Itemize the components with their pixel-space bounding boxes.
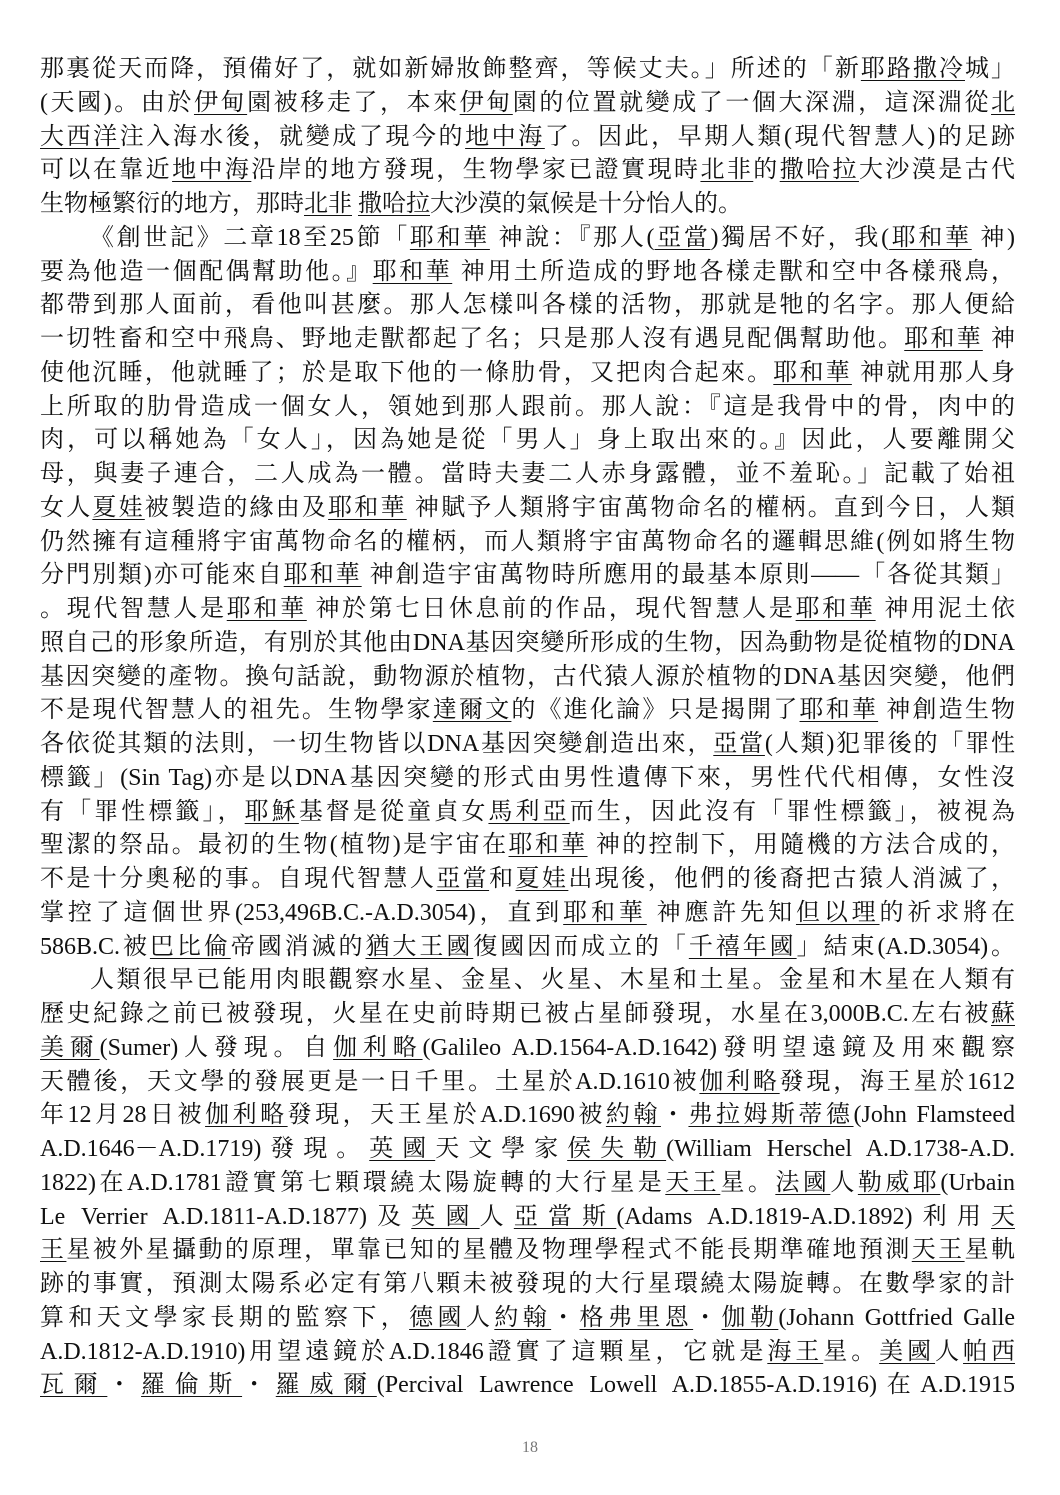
underlined-term: 耶和華	[284, 562, 362, 588]
underlined-term: 約翰	[494, 1305, 551, 1331]
underlined-term: 北非	[304, 191, 352, 217]
underlined-term: 瓦爾	[40, 1372, 107, 1398]
text-segment: 女人	[40, 495, 92, 521]
text-segment: 神)	[972, 225, 1015, 251]
text-segment: 生物極繁衍的地方，那時	[40, 191, 304, 217]
text-line: 上所取的肋骨造成一個女人，領她到那人跟前。那人說：『這是我骨中的骨，肉中的	[40, 391, 1015, 425]
underlined-term: 地中海	[465, 124, 545, 150]
underlined-term: 撒哈拉	[780, 157, 859, 183]
underlined-term: 約翰	[606, 1102, 661, 1128]
text-segment: 神就用那人身	[852, 360, 1015, 386]
text-segment: 被製造的緣由及	[145, 495, 328, 521]
underlined-term: 地中海	[172, 157, 251, 183]
text-line: 586B.C.被巴比倫帝國消滅的猶大王國復國因而成立的「千禧年國」結束(A.D.…	[40, 931, 1015, 965]
text-line: 使他沉睡，他就睡了；於是取下他的一條肋骨，又把肉合起來。耶和華 神就用那人身	[40, 357, 1015, 391]
text-segment: 人	[466, 1305, 494, 1331]
text-segment: 標籤」(Sin Tag)亦是以DNA基因突變的形式由男性遺傳下來，男性代代相傳，…	[40, 765, 1015, 791]
text-segment: 星軌	[965, 1237, 1015, 1263]
text-segment: ・	[551, 1305, 579, 1331]
text-line: 瓦爾・羅倫斯・羅威爾(Percival Lawrence Lowell A.D.…	[40, 1369, 1015, 1403]
text-segment: 帝國消滅的	[231, 934, 366, 960]
text-segment: 的祈求將在	[880, 900, 1015, 926]
text-line: 年12月28日被伽利略發現，天王星於A.D.1690被約翰・弗拉姆斯蒂德(Joh…	[40, 1099, 1015, 1133]
underlined-term: 耶和華	[563, 900, 647, 926]
text-line: 照自己的形象所造，有別於其他由DNA基因突變所形成的生物，因為動物是從植物的DN…	[40, 627, 1015, 661]
text-segment: 神創造生物	[878, 697, 1015, 723]
text-line: 《創世記》二章18至25節「耶和華 神說：『那人(亞當)獨居不好，我(耶和華 神…	[40, 222, 1015, 256]
underlined-term: 天王	[912, 1237, 965, 1263]
text-segment: 神	[983, 326, 1015, 352]
document-page: 那裏從天而降，預備好了，就如新婦妝飾整齊，等候丈夫。」所述的「新耶路撒冷城」(天…	[0, 0, 1060, 1495]
text-segment: 了。因此，早期人類(現代智慧人)的足跡	[545, 124, 1015, 150]
text-segment: 算和天文學家長期的監察下，	[40, 1305, 409, 1331]
text-segment: 神說：『那人(	[490, 225, 655, 251]
underlined-term: 英國	[411, 1204, 479, 1230]
text-line: 算和天文學家長期的監察下，德國人約翰・格弗里恩・伽勒(Johann Gottfr…	[40, 1302, 1015, 1336]
underlined-term: 美爾	[40, 1035, 100, 1061]
underlined-term: 天王	[665, 1170, 720, 1196]
text-segment: 掌控了這個世界(253,496B.C.-A.D.3054)，直到	[40, 900, 563, 926]
text-segment: (Johann Gottfried Galle	[778, 1305, 1015, 1331]
text-line: 有「罪性標籤」，耶穌基督是從童貞女馬利亞而生，因此沒有「罪性標籤」，被視為	[40, 796, 1015, 830]
text-segment: (天國)。由於	[40, 90, 194, 116]
text-segment: (Adams A.D.1819-A.D.1892)利用	[616, 1204, 991, 1230]
text-line: 女人夏娃被製造的緣由及耶和華 神賦予人類將宇宙萬物命名的權柄。直到今日，人類	[40, 492, 1015, 526]
text-line: 跡的事實，預測太陽系必定有第八顆未被發現的大行星環繞太陽旋轉。在數學家的計	[40, 1268, 1015, 1302]
underlined-term: 耶和華	[800, 697, 879, 723]
text-segment: A.D.1646－A.D.1719)發現。	[40, 1136, 369, 1162]
text-segment: 天文學家	[435, 1136, 567, 1162]
text-segment: 和	[489, 866, 515, 892]
text-segment: 的《進化論》只是揭開了	[511, 697, 799, 723]
text-segment: 要為他造一個配偶幫助他。』	[40, 259, 373, 285]
underlined-term: 耶和華	[796, 596, 876, 622]
text-line: 大西洋注入海水後，就變成了現今的地中海了。因此，早期人類(現代智慧人)的足跡	[40, 121, 1015, 155]
text-segment: 都帶到那人面前，看他叫甚麼。那人怎樣叫各樣的活物，那就是牠的名字。那人便給	[40, 292, 1015, 318]
underlined-term: 耶和華	[889, 225, 972, 251]
text-line: Le Verrier A.D.1811-A.D.1877)及英國人亞當斯(Ada…	[40, 1201, 1015, 1235]
underlined-term: 亞當	[436, 866, 489, 892]
text-line: 不是十分奧秘的事。自現代智慧人亞當和夏娃出現後，他們的後裔把古猿人消滅了，	[40, 863, 1015, 897]
text-line: A.D.1812-A.D.1910)用望遠鏡於A.D.1846證實了這顆星，它就…	[40, 1336, 1015, 1370]
text-segment: (Galileo A.D.1564-A.D.1642)發明望遠鏡及用來觀察	[423, 1035, 1015, 1061]
underlined-term: 撒哈拉	[358, 191, 430, 217]
underlined-term: 耶和華	[227, 596, 307, 622]
text-segment: 一切牲畜和空中飛鳥、野地走獸都起了名；只是那人沒有遇見配偶幫助他。	[40, 326, 904, 352]
text-segment: 神應許先知	[647, 900, 796, 926]
underlined-term: 耶和華	[773, 360, 852, 386]
text-line: 一切牲畜和空中飛鳥、野地走獸都起了名；只是那人沒有遇見配偶幫助他。耶和華 神	[40, 323, 1015, 357]
text-segment: (John Flamsteed	[854, 1102, 1016, 1128]
underlined-term: 伽勒	[722, 1305, 779, 1331]
underlined-term: 耶穌	[245, 799, 299, 825]
underlined-term: 耶和華	[410, 225, 490, 251]
text-segment: 園的位置就變成了一個大深淵，這深淵從	[513, 90, 991, 116]
text-segment: 天體後，天文學的發展更是一日千里。土星於A.D.1610被	[40, 1069, 699, 1095]
text-segment: ・	[693, 1305, 721, 1331]
text-segment: ・	[661, 1102, 689, 1128]
text-line: 標籤」(Sin Tag)亦是以DNA基因突變的形式由男性遺傳下來，男性代代相傳，…	[40, 762, 1015, 796]
underlined-term: 弗拉姆斯蒂德	[688, 1102, 853, 1128]
underlined-term: 格弗里恩	[580, 1305, 694, 1331]
text-segment: 沿岸的地方發現，生物學家已證實現時	[251, 157, 700, 183]
text-segment: (Percival Lawrence Lowell A.D.1855-A.D.1…	[377, 1372, 1015, 1398]
underlined-term: 海王	[767, 1339, 823, 1365]
text-segment: 星。	[823, 1339, 879, 1365]
underlined-term: 夏娃	[92, 495, 144, 521]
underlined-term: 千禧年國	[689, 934, 797, 960]
text-segment: 人類很早已能用肉眼觀察水星、金星、火星、木星和土星。金星和木星在人類有	[90, 967, 1015, 993]
underlined-term: 亞當斯	[514, 1204, 617, 1230]
underlined-term: 北	[991, 90, 1015, 116]
text-segment: 照自己的形象所造，有別於其他由DNA基因突變所形成的生物，因為動物是從植物的DN…	[40, 630, 1015, 656]
text-segment: 有「罪性標籤」，	[40, 799, 245, 825]
text-segment: 大沙漠的氣候是十分怡人的。	[430, 191, 742, 217]
underlined-term: 伽利略	[699, 1069, 779, 1095]
text-segment: 而生，因此沒有「罪性標籤」，被視為	[570, 799, 1015, 825]
text-segment: 人	[830, 1170, 858, 1196]
text-segment: 基督是從童貞女	[299, 799, 489, 825]
underlined-term: 天	[991, 1204, 1015, 1230]
text-line: 歷史紀錄之前已被發現，火星在史前時期已被占星師發現，水星在3,000B.C.左右…	[40, 998, 1015, 1032]
text-line: 基因突變的產物。換句話說，動物源於植物，古代猿人源於植物的DNA基因突變，他們	[40, 661, 1015, 695]
underlined-term: 亞當	[713, 731, 765, 757]
text-segment: 復國因而成立的「	[473, 934, 689, 960]
underlined-term: 帕西	[963, 1339, 1015, 1365]
underlined-term: 耶和華	[904, 326, 983, 352]
underlined-term: 亞當	[655, 225, 711, 251]
underlined-term: 德國	[409, 1305, 466, 1331]
text-line: 掌控了這個世界(253,496B.C.-A.D.3054)，直到耶和華 神應許先…	[40, 897, 1015, 931]
text-segment: 基因突變的產物。換句話說，動物源於植物，古代猿人源於植物的DNA基因突變，他們	[40, 664, 1015, 690]
underlined-term: 伊甸	[194, 90, 247, 116]
text-segment: 《創世記》二章18至25節「	[90, 225, 410, 251]
text-segment: ・	[242, 1372, 276, 1398]
text-segment: 星被外星攝動的原理，單靠已知的星體及物理學程式不能長期準確地預測	[66, 1237, 911, 1263]
underlined-term: 耶和華	[509, 832, 588, 858]
underlined-term: 大西洋	[40, 124, 120, 150]
text-line: 1822)在A.D.1781證實第七顆環繞太陽旋轉的大行星是天王星。法國人勒威耶…	[40, 1167, 1015, 1201]
text-line: 仍然擁有這種將宇宙萬物命名的權柄，而人類將宇宙萬物命名的邏輯思維(例如將生物	[40, 526, 1015, 560]
text-line: 肉，可以稱她為「女人」，因為她是從「男人」身上取出來的。』因此，人要離開父	[40, 424, 1015, 458]
underlined-term: 伽利略	[205, 1102, 288, 1128]
underlined-term: 達爾文	[433, 697, 512, 723]
text-segment: 發現，天王星於A.D.1690被	[288, 1102, 606, 1128]
text-segment: (Sumer)人發現。自	[100, 1035, 333, 1061]
text-segment: 城」	[965, 56, 1015, 82]
text-line: 母，與妻子連合，二人成為一體。當時夫妻二人赤身露體，並不羞恥。」記載了始祖	[40, 458, 1015, 492]
text-segment: (Urbain	[940, 1170, 1015, 1196]
text-line: 生物極繁衍的地方，那時北非 撒哈拉大沙漠的氣候是十分怡人的。	[40, 188, 1015, 222]
underlined-term: 巴比倫	[150, 934, 231, 960]
text-segment: 神於第七日休息前的作品，現代智慧人是	[307, 596, 796, 622]
text-segment: 星。	[720, 1170, 775, 1196]
underlined-term: 伊甸	[460, 90, 513, 116]
text-line: 可以在靠近地中海沿岸的地方發現，生物學家已證實現時北非的撒哈拉大沙漠是古代	[40, 154, 1015, 188]
page-number: 18	[0, 1439, 1060, 1457]
text-segment: 。現代智慧人是	[40, 596, 227, 622]
text-segment: 586B.C.被	[40, 934, 150, 960]
text-segment: 聖潔的祭品。最初的生物(植物)是宇宙在	[40, 832, 509, 858]
text-segment: (William Herschel A.D.1738-A.D.	[666, 1136, 1015, 1162]
text-segment: ・	[107, 1372, 141, 1398]
text-segment: 歷史紀錄之前已被發現，火星在史前時期已被占星師發現，水星在3,000B.C.左右…	[40, 1001, 991, 1027]
text-segment: 注入海水後，就變成了現今的	[120, 124, 465, 150]
text-segment: 那裏從天而降，預備好了，就如新婦妝飾整齊，等候丈夫。」所述的「新	[40, 56, 861, 82]
text-line: A.D.1646－A.D.1719)發現。英國天文學家侯失勒(William H…	[40, 1133, 1015, 1167]
text-segment: Le Verrier A.D.1811-A.D.1877)及	[40, 1204, 411, 1230]
text-line: 人類很早已能用肉眼觀察水星、金星、火星、木星和土星。金星和木星在人類有	[40, 964, 1015, 998]
underlined-term: 耶和華	[373, 259, 453, 285]
text-line: 不是現代智慧人的祖先。生物學家達爾文的《進化論》只是揭開了耶和華 神創造生物	[40, 694, 1015, 728]
text-segment: 大沙漠是古代	[859, 157, 1015, 183]
underlined-term: 羅威爾	[276, 1372, 377, 1398]
underlined-term: 耶和華	[328, 495, 407, 521]
underlined-term: 馬利亞	[488, 799, 569, 825]
text-line: 美爾(Sumer)人發現。自伽利略(Galileo A.D.1564-A.D.1…	[40, 1032, 1015, 1066]
underlined-term: 王	[40, 1237, 66, 1263]
text-line: 分門別類)亦可能來自耶和華 神創造宇宙萬物時所應用的最基本原則——「各從其類」	[40, 559, 1015, 593]
text-segment: 發現，海王星於1612	[780, 1069, 1015, 1095]
underlined-term: 蘇	[991, 1001, 1015, 1027]
text-segment: 神創造宇宙萬物時所應用的最基本原則——「各從其類」	[362, 562, 1015, 588]
underlined-term: 侯失勒	[567, 1136, 666, 1162]
body-text: 那裏從天而降，預備好了，就如新婦妝飾整齊，等候丈夫。」所述的「新耶路撒冷城」(天…	[40, 53, 1015, 1403]
text-segment: 使他沉睡，他就睡了；於是取下他的一條肋骨，又把肉合起來。	[40, 360, 773, 386]
underlined-term: 勒威耶	[858, 1170, 941, 1196]
text-segment: 跡的事實，預測太陽系必定有第八顆未被發現的大行星環繞太陽旋轉。在數學家的計	[40, 1271, 1015, 1297]
underlined-term: 夏娃	[516, 866, 569, 892]
text-line: 。現代智慧人是耶和華 神於第七日休息前的作品，現代智慧人是耶和華 神用泥土依	[40, 593, 1015, 627]
text-segment: 的	[753, 157, 779, 183]
text-segment: 人	[935, 1339, 963, 1365]
underlined-term: 耶路撒冷	[861, 56, 965, 82]
text-line: 天體後，天文學的發展更是一日千里。土星於A.D.1610被伽利略發現，海王星於1…	[40, 1066, 1015, 1100]
text-line: 各依從其類的法則，一切生物皆以DNA基因突變創造出來，亞當(人類)犯罪後的「罪性	[40, 728, 1015, 762]
text-segment: (人類)犯罪後的「罪性	[765, 731, 1015, 757]
text-line: 都帶到那人面前，看他叫甚麼。那人怎樣叫各樣的活物，那就是牠的名字。那人便給	[40, 289, 1015, 323]
underlined-term: 伽利略	[333, 1035, 422, 1061]
text-segment: 人	[480, 1204, 514, 1230]
text-segment: 母，與妻子連合，二人成為一體。當時夫妻二人赤身露體，並不羞恥。」記載了始祖	[40, 461, 1015, 487]
text-segment: 1822)在A.D.1781證實第七顆環繞太陽旋轉的大行星是	[40, 1170, 665, 1196]
text-line: 王星被外星攝動的原理，單靠已知的星體及物理學程式不能長期準確地預測天王星軌	[40, 1234, 1015, 1268]
text-segment: 不是十分奧秘的事。自現代智慧人	[40, 866, 436, 892]
text-segment: 神用泥土依	[876, 596, 1015, 622]
underlined-term: 羅倫斯	[141, 1372, 242, 1398]
text-segment: 各依從其類的法則，一切生物皆以DNA基因突變創造出來，	[40, 731, 713, 757]
text-segment: 不是現代智慧人的祖先。生物學家	[40, 697, 433, 723]
text-segment: 分門別類)亦可能來自	[40, 562, 284, 588]
underlined-term: 但以理	[796, 900, 880, 926]
text-line: 那裏從天而降，預備好了，就如新婦妝飾整齊，等候丈夫。」所述的「新耶路撒冷城」	[40, 53, 1015, 87]
text-segment: 可以在靠近	[40, 157, 172, 183]
text-line: 聖潔的祭品。最初的生物(植物)是宇宙在耶和華 神的控制下，用隨機的方法合成的，	[40, 829, 1015, 863]
underlined-term: 美國	[879, 1339, 935, 1365]
text-line: (天國)。由於伊甸園被移走了，本來伊甸園的位置就變成了一個大深淵，這深淵從北	[40, 87, 1015, 121]
text-segment: 出現後，他們的後裔把古猿人消滅了，	[568, 866, 1015, 892]
underlined-term: 英國	[369, 1136, 435, 1162]
text-line: 要為他造一個配偶幫助他。』耶和華 神用土所造成的野地各樣走獸和空中各樣飛鳥，	[40, 256, 1015, 290]
text-segment: 上所取的肋骨造成一個女人，領她到那人跟前。那人說：『這是我骨中的骨，肉中的	[40, 394, 1015, 420]
text-segment: A.D.1812-A.D.1910)用望遠鏡於A.D.1846證實了這顆星，它就…	[40, 1339, 767, 1365]
text-segment: )獨居不好，我(	[710, 225, 889, 251]
text-segment: 仍然擁有這種將宇宙萬物命名的權柄，而人類將宇宙萬物命名的邏輯思維(例如將生物	[40, 529, 1015, 555]
text-segment: 年12月28日被	[40, 1102, 205, 1128]
text-segment: 神用土所造成的野地各樣走獸和空中各樣飛鳥，	[452, 259, 1015, 285]
text-segment: 肉，可以稱她為「女人」，因為她是從「男人」身上取出來的。』因此，人要離開父	[40, 427, 1015, 453]
text-segment: 神賦予人類將宇宙萬物命名的權柄。直到今日，人類	[407, 495, 1015, 521]
underlined-term: 北非	[700, 157, 753, 183]
text-segment: 」結束(A.D.3054)。	[797, 934, 1015, 960]
underlined-term: 法國	[775, 1170, 830, 1196]
text-segment: 神的控制下，用隨機的方法合成的，	[588, 832, 1015, 858]
underlined-term: 猶大王國	[365, 934, 473, 960]
text-segment: 園被移走了，本來	[247, 90, 460, 116]
